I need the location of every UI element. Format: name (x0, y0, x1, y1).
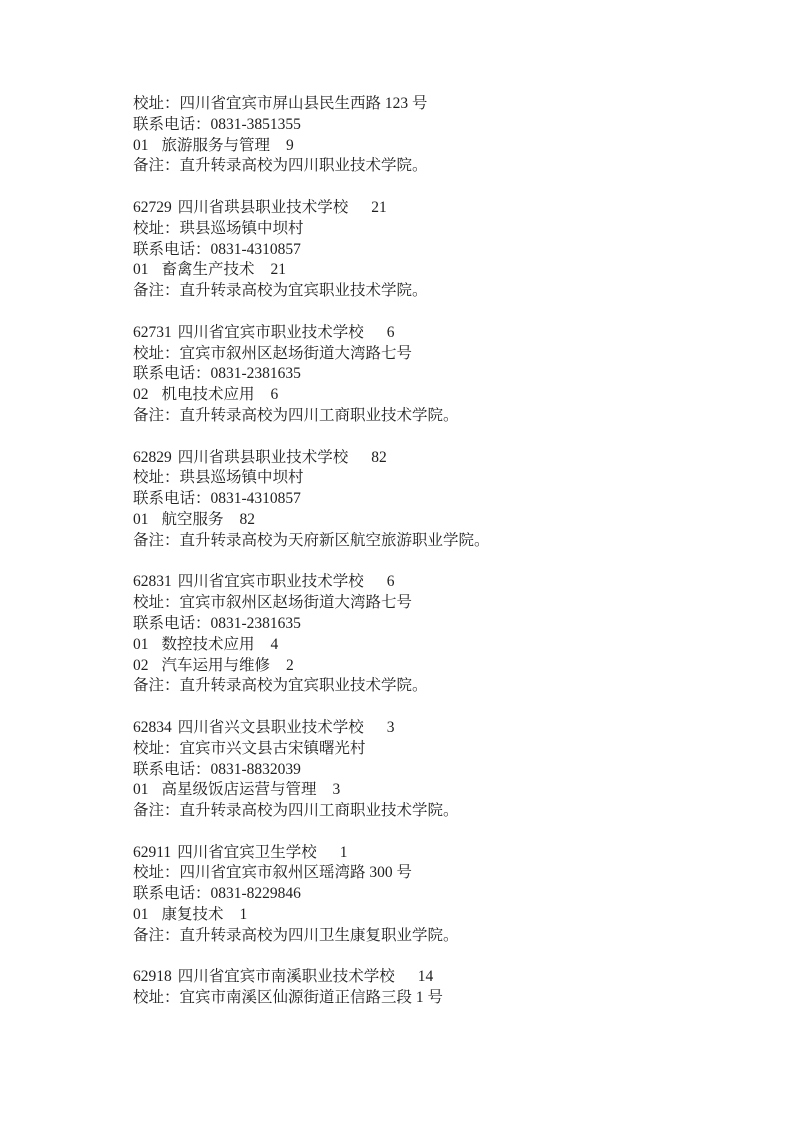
school-entry: 62729四川省珙县职业技术学校21校址：珙县巡场镇中坝村联系电话：0831-4… (133, 198, 753, 302)
major-line: 02汽车运用与维修2 (133, 656, 753, 677)
major-number: 01 (133, 137, 149, 154)
major-count: 6 (271, 386, 279, 403)
phone-value: 0831-2381635 (211, 365, 301, 382)
major-line: 01旅游服务与管理9 (133, 136, 753, 157)
major-number: 01 (133, 511, 149, 528)
major-name: 数控技术应用 (162, 636, 255, 653)
phone-value: 0831-4310857 (211, 490, 301, 507)
school-name: 四川省宜宾卫生学校 (177, 844, 317, 861)
address-label: 校址： (133, 864, 180, 881)
major-number: 01 (133, 261, 149, 278)
school-name: 四川省宜宾市职业技术学校 (178, 573, 364, 590)
major-number: 02 (133, 657, 149, 674)
phone-label: 联系电话： (133, 241, 211, 258)
major-count: 21 (271, 261, 287, 278)
entry-header-line: 62731四川省宜宾市职业技术学校6 (133, 323, 753, 344)
entry-header-line: 62918四川省宜宾市南溪职业技术学校14 (133, 967, 753, 988)
phone-line: 联系电话：0831-2381635 (133, 614, 753, 635)
school-total-count: 14 (418, 968, 434, 985)
address-line: 校址：宜宾市南溪区仙源街道正信路三段 1 号 (133, 988, 753, 1009)
school-total-count: 1 (340, 844, 348, 861)
school-total-count: 6 (387, 573, 395, 590)
document-page: 校址：四川省宜宾市屏山县民生西路 123 号联系电话：0831-38513550… (0, 0, 793, 1122)
note-line: 备注：直升转录高校为四川卫生康复职业学院。 (133, 926, 753, 947)
address-label: 校址： (133, 220, 180, 237)
address-line: 校址：四川省宜宾市叙州区瑶湾路 300 号 (133, 863, 753, 884)
address-label: 校址： (133, 740, 180, 757)
major-number: 01 (133, 906, 149, 923)
major-name: 畜禽生产技术 (162, 261, 255, 278)
phone-line: 联系电话：0831-3851355 (133, 115, 753, 136)
note-label: 备注： (133, 157, 180, 174)
school-code: 62829 (133, 449, 172, 466)
school-total-count: 6 (387, 324, 395, 341)
school-code: 62911 (133, 844, 171, 861)
school-total-count: 82 (371, 449, 387, 466)
major-line: 01高星级饭店运营与管理3 (133, 780, 753, 801)
note-label: 备注： (133, 927, 180, 944)
school-code: 62729 (133, 199, 172, 216)
note-value: 直升转录高校为四川工商职业技术学院。 (180, 407, 459, 424)
major-line: 01航空服务82 (133, 510, 753, 531)
major-line: 01康复技术1 (133, 905, 753, 926)
school-total-count: 21 (371, 199, 387, 216)
school-name: 四川省宜宾市南溪职业技术学校 (178, 968, 395, 985)
major-name: 高星级饭店运营与管理 (162, 781, 317, 798)
note-value: 直升转录高校为天府新区航空旅游职业学院。 (180, 532, 490, 549)
note-value: 直升转录高校为四川卫生康复职业学院。 (180, 927, 459, 944)
school-name: 四川省兴文县职业技术学校 (178, 719, 364, 736)
major-name: 汽车运用与维修 (162, 657, 271, 674)
phone-label: 联系电话： (133, 490, 211, 507)
school-code: 62834 (133, 719, 172, 736)
address-line: 校址：珙县巡场镇中坝村 (133, 219, 753, 240)
phone-value: 0831-8832039 (211, 761, 301, 778)
school-total-count: 3 (387, 719, 395, 736)
note-line: 备注：直升转录高校为宜宾职业技术学院。 (133, 676, 753, 697)
address-value: 宜宾市兴文县古宋镇曙光村 (180, 740, 366, 757)
school-code: 62831 (133, 573, 172, 590)
school-name: 四川省珙县职业技术学校 (178, 449, 349, 466)
major-name: 康复技术 (162, 906, 224, 923)
major-line: 02机电技术应用6 (133, 385, 753, 406)
note-line: 备注：直升转录高校为四川工商职业技术学院。 (133, 406, 753, 427)
phone-label: 联系电话： (133, 365, 211, 382)
entry-header-line: 62834四川省兴文县职业技术学校3 (133, 718, 753, 739)
address-value: 珙县巡场镇中坝村 (180, 469, 304, 486)
address-label: 校址： (133, 345, 180, 362)
note-line: 备注：直升转录高校为宜宾职业技术学院。 (133, 281, 753, 302)
entry-header-line: 62831四川省宜宾市职业技术学校6 (133, 572, 753, 593)
note-line: 备注：直升转录高校为四川工商职业技术学院。 (133, 801, 753, 822)
address-value: 四川省宜宾市屏山县民生西路 123 号 (180, 95, 428, 112)
address-value: 四川省宜宾市叙州区瑶湾路 300 号 (180, 864, 413, 881)
note-label: 备注： (133, 532, 180, 549)
note-label: 备注： (133, 802, 180, 819)
phone-line: 联系电话：0831-4310857 (133, 489, 753, 510)
school-entry: 62731四川省宜宾市职业技术学校6校址：宜宾市叙州区赵场街道大湾路七号联系电话… (133, 323, 753, 427)
address-label: 校址： (133, 594, 180, 611)
note-line: 备注：直升转录高校为天府新区航空旅游职业学院。 (133, 531, 753, 552)
phone-label: 联系电话： (133, 116, 211, 133)
address-line: 校址：四川省宜宾市屏山县民生西路 123 号 (133, 94, 753, 115)
school-entry: 62918四川省宜宾市南溪职业技术学校14校址：宜宾市南溪区仙源街道正信路三段 … (133, 967, 753, 1009)
address-value: 宜宾市南溪区仙源街道正信路三段 1 号 (180, 989, 444, 1006)
phone-label: 联系电话： (133, 761, 211, 778)
note-label: 备注： (133, 407, 180, 424)
school-entry: 62829四川省珙县职业技术学校82校址：珙县巡场镇中坝村联系电话：0831-4… (133, 448, 753, 552)
entry-header-line: 62911四川省宜宾卫生学校1 (133, 843, 753, 864)
major-name: 旅游服务与管理 (162, 137, 271, 154)
major-count: 3 (333, 781, 341, 798)
note-value: 直升转录高校为四川工商职业技术学院。 (180, 802, 459, 819)
note-value: 直升转录高校为四川职业技术学院。 (180, 157, 428, 174)
address-value: 珙县巡场镇中坝村 (180, 220, 304, 237)
major-number: 01 (133, 781, 149, 798)
address-label: 校址： (133, 95, 180, 112)
school-entry: 62831四川省宜宾市职业技术学校6校址：宜宾市叙州区赵场街道大湾路七号联系电话… (133, 572, 753, 697)
phone-line: 联系电话：0831-4310857 (133, 240, 753, 261)
major-line: 01数控技术应用4 (133, 635, 753, 656)
address-line: 校址：珙县巡场镇中坝村 (133, 468, 753, 489)
phone-line: 联系电话：0831-8832039 (133, 760, 753, 781)
address-label: 校址： (133, 989, 180, 1006)
phone-value: 0831-2381635 (211, 615, 301, 632)
school-code: 62918 (133, 968, 172, 985)
major-count: 4 (271, 636, 279, 653)
note-label: 备注： (133, 282, 180, 299)
school-code: 62731 (133, 324, 172, 341)
entry-header-line: 62829四川省珙县职业技术学校82 (133, 448, 753, 469)
address-value: 宜宾市叙州区赵场街道大湾路七号 (180, 594, 413, 611)
school-name: 四川省宜宾市职业技术学校 (178, 324, 364, 341)
major-line: 01畜禽生产技术21 (133, 260, 753, 281)
address-line: 校址：宜宾市叙州区赵场街道大湾路七号 (133, 593, 753, 614)
phone-line: 联系电话：0831-2381635 (133, 364, 753, 385)
address-label: 校址： (133, 469, 180, 486)
entry-header-line: 62729四川省珙县职业技术学校21 (133, 198, 753, 219)
major-name: 航空服务 (162, 511, 224, 528)
note-value: 直升转录高校为宜宾职业技术学院。 (180, 282, 428, 299)
school-entry: 62834四川省兴文县职业技术学校3校址：宜宾市兴文县古宋镇曙光村联系电话：08… (133, 718, 753, 822)
school-entry-list: 校址：四川省宜宾市屏山县民生西路 123 号联系电话：0831-38513550… (133, 94, 753, 1009)
address-line: 校址：宜宾市兴文县古宋镇曙光村 (133, 739, 753, 760)
address-value: 宜宾市叙州区赵场街道大湾路七号 (180, 345, 413, 362)
phone-label: 联系电话： (133, 885, 211, 902)
phone-value: 0831-8229846 (211, 885, 301, 902)
major-name: 机电技术应用 (162, 386, 255, 403)
school-entry: 62911四川省宜宾卫生学校1校址：四川省宜宾市叙州区瑶湾路 300 号联系电话… (133, 843, 753, 947)
note-label: 备注： (133, 677, 180, 694)
school-entry: 校址：四川省宜宾市屏山县民生西路 123 号联系电话：0831-38513550… (133, 94, 753, 177)
note-value: 直升转录高校为宜宾职业技术学院。 (180, 677, 428, 694)
phone-value: 0831-3851355 (211, 116, 301, 133)
major-count: 9 (286, 137, 294, 154)
school-name: 四川省珙县职业技术学校 (178, 199, 349, 216)
major-number: 01 (133, 636, 149, 653)
major-count: 82 (240, 511, 256, 528)
phone-line: 联系电话：0831-8229846 (133, 884, 753, 905)
phone-label: 联系电话： (133, 615, 211, 632)
major-number: 02 (133, 386, 149, 403)
address-line: 校址：宜宾市叙州区赵场街道大湾路七号 (133, 344, 753, 365)
major-count: 2 (286, 657, 294, 674)
note-line: 备注：直升转录高校为四川职业技术学院。 (133, 156, 753, 177)
phone-value: 0831-4310857 (211, 241, 301, 258)
major-count: 1 (240, 906, 248, 923)
